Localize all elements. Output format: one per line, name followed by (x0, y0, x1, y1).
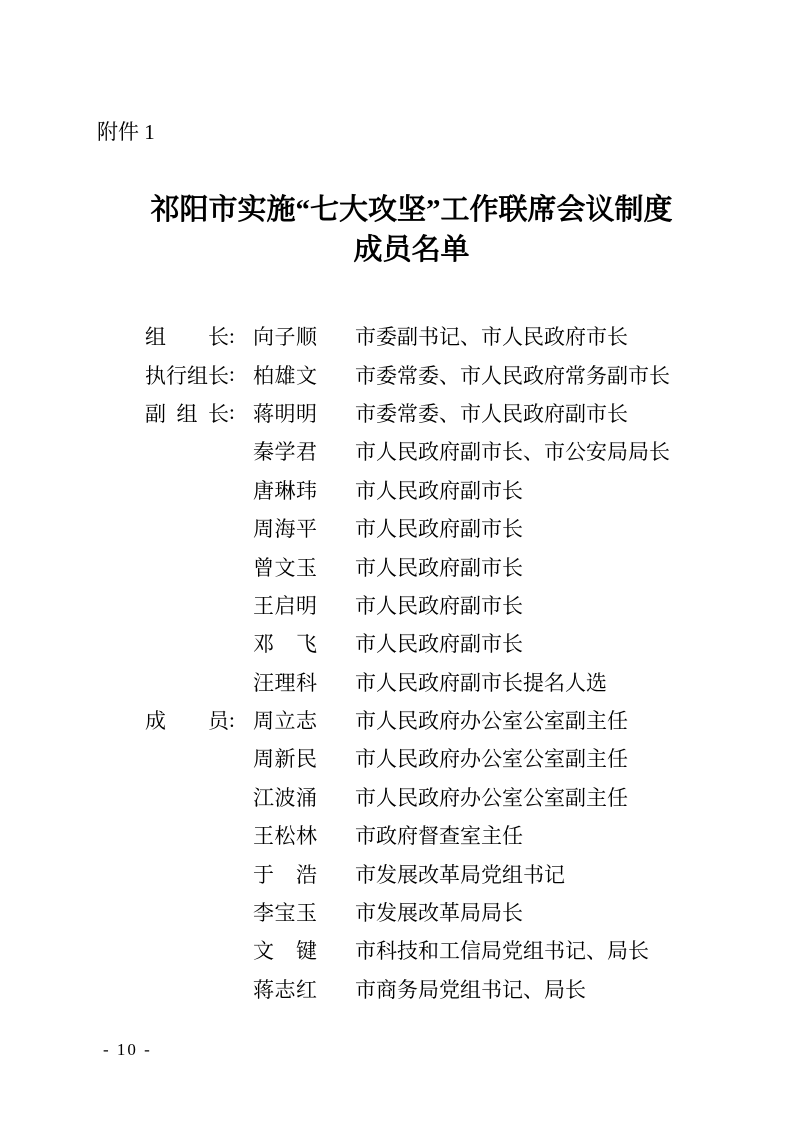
member-name: 曾文玉 (253, 552, 317, 582)
member-row: 王启明 市人民政府副市长 (145, 586, 670, 624)
member-name: 于浩 (253, 859, 317, 889)
member-position: 市人民政府副市长、市公安局局长 (355, 436, 670, 466)
member-position: 市人民政府副市长 (355, 475, 523, 505)
member-row: 李宝玉 市发展改革局局长 (145, 893, 670, 931)
member-row: 江波涌 市人民政府办公室公室副主任 (145, 778, 670, 816)
member-name: 周立志 (253, 705, 317, 735)
attachment-label: 附件 1 (97, 120, 155, 144)
member-row: 蒋志红 市商务局党组书记、局长 (145, 970, 670, 1008)
member-name: 王松林 (253, 820, 317, 850)
member-row: 周海平 市人民政府副市长 (145, 509, 670, 547)
member-position: 市人民政府办公室公室副主任 (355, 782, 628, 812)
member-name: 江波涌 (253, 782, 317, 812)
member-position: 市委常委、市人民政府常务副市长 (355, 360, 670, 390)
member-name: 王启明 (253, 590, 317, 620)
member-position: 市人民政府副市长提名人选 (355, 667, 607, 697)
member-row: 于浩 市发展改革局党组书记 (145, 854, 670, 892)
member-position: 市委副书记、市人民政府市长 (355, 321, 628, 351)
member-position: 市发展改革局局长 (355, 897, 523, 927)
member-position: 市人民政府办公室公室副主任 (355, 705, 628, 735)
member-row: 成员 : 周立志 市人民政府办公室公室副主任 (145, 701, 670, 739)
member-row: 汪理科 市人民政府副市长提名人选 (145, 663, 670, 701)
member-position: 市人民政府办公室公室副主任 (355, 743, 628, 773)
member-row: 唐琳玮 市人民政府副市长 (145, 471, 670, 509)
member-name: 周新民 (253, 743, 317, 773)
page-number: - 10 - (103, 1040, 152, 1060)
member-name: 李宝玉 (253, 897, 317, 927)
member-role-label: 组长 (145, 321, 229, 351)
member-name: 秦学君 (253, 436, 317, 466)
member-row: 王松林 市政府督查室主任 (145, 816, 670, 854)
document-title: 祁阳市实施“七大攻坚”工作联席会议制度 成员名单 (30, 190, 793, 270)
title-line-1: 祁阳市实施“七大攻坚”工作联席会议制度 (30, 190, 793, 230)
member-role-colon: : (229, 324, 241, 349)
member-row: 邓飞 市人民政府副市长 (145, 624, 670, 662)
member-role-colon: : (229, 400, 241, 425)
member-list: 组长 : 向子顺 市委副书记、市人民政府市长 执行组长 : 柏雄文 市委常委、市… (145, 317, 670, 1008)
title-line-2: 成员名单 (30, 230, 793, 270)
member-position: 市人民政府副市长 (355, 628, 523, 658)
member-role-label: 副组长 (145, 398, 229, 428)
member-position: 市政府督查室主任 (355, 820, 523, 850)
member-row: 副组长 : 蒋明明 市委常委、市人民政府副市长 (145, 394, 670, 432)
member-row: 执行组长 : 柏雄文 市委常委、市人民政府常务副市长 (145, 355, 670, 393)
member-position: 市委常委、市人民政府副市长 (355, 398, 628, 428)
member-name: 唐琳玮 (253, 475, 317, 505)
member-row: 秦学君 市人民政府副市长、市公安局局长 (145, 432, 670, 470)
member-position: 市发展改革局党组书记 (355, 859, 565, 889)
member-name: 文键 (253, 935, 317, 965)
member-role-colon: : (229, 708, 241, 733)
member-position: 市科技和工信局党组书记、局长 (355, 935, 649, 965)
member-role-colon: : (229, 362, 241, 387)
member-name: 蒋明明 (253, 398, 317, 428)
member-role-label: 成员 (145, 705, 229, 735)
member-row: 周新民 市人民政府办公室公室副主任 (145, 739, 670, 777)
member-row: 文键 市科技和工信局党组书记、局长 (145, 931, 670, 969)
member-name: 柏雄文 (253, 360, 317, 390)
member-name: 邓飞 (253, 628, 317, 658)
member-row: 曾文玉 市人民政府副市长 (145, 547, 670, 585)
member-name: 向子顺 (253, 321, 317, 351)
member-name: 周海平 (253, 513, 317, 543)
member-position: 市人民政府副市长 (355, 590, 523, 620)
member-role-label: 执行组长 (145, 360, 229, 390)
member-position: 市商务局党组书记、局长 (355, 974, 586, 1004)
member-position: 市人民政府副市长 (355, 513, 523, 543)
member-row: 组长 : 向子顺 市委副书记、市人民政府市长 (145, 317, 670, 355)
member-position: 市人民政府副市长 (355, 552, 523, 582)
member-name: 汪理科 (253, 667, 317, 697)
document-page: 附件 1 祁阳市实施“七大攻坚”工作联席会议制度 成员名单 组长 : 向子顺 市… (0, 0, 793, 1122)
member-name: 蒋志红 (253, 974, 317, 1004)
